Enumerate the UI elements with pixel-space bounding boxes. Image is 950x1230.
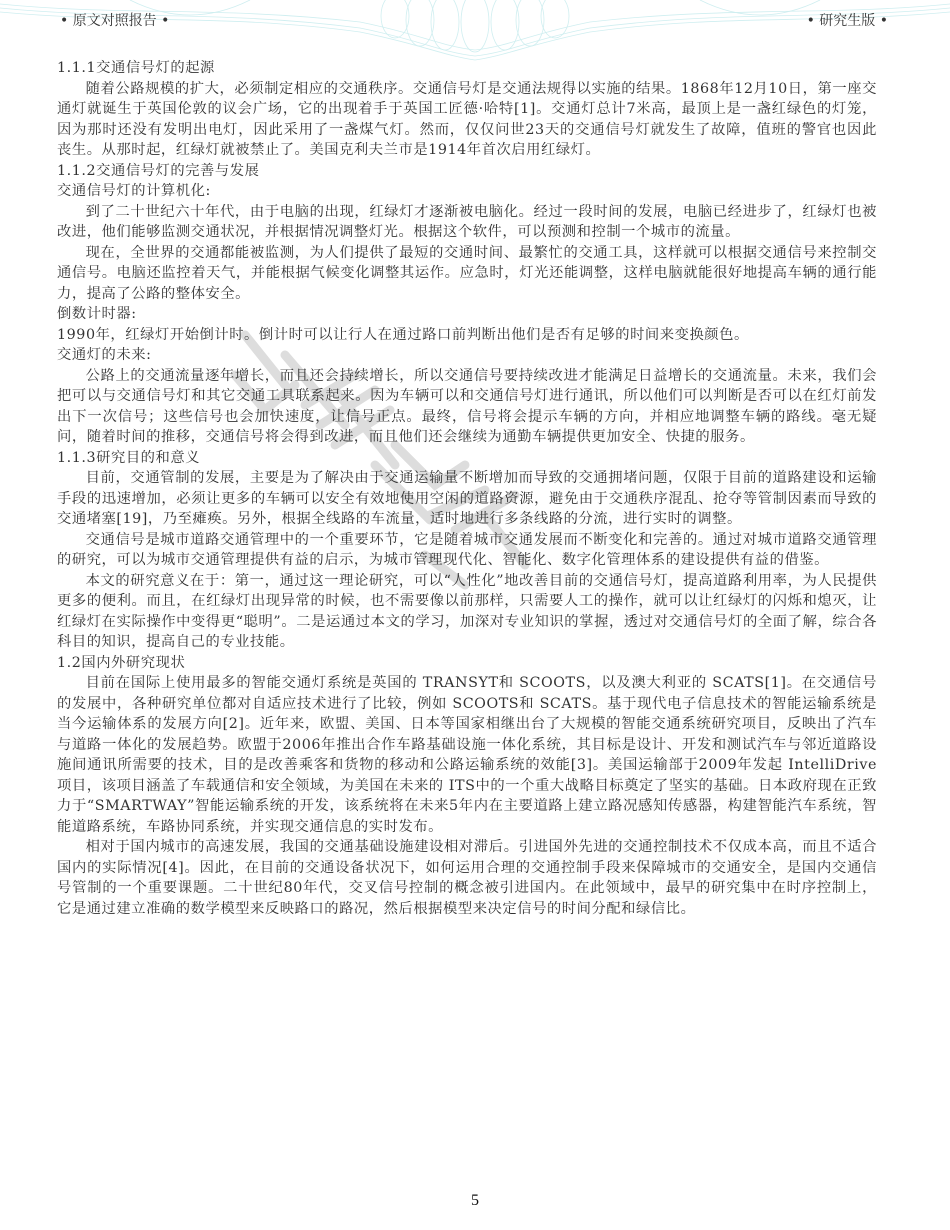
paragraph: 随着公路规模的扩大，必须制定相应的交通秩序。交通信号灯是交通法规得以实施的结果。… (57, 79, 877, 161)
paragraph: 公路上的交通流量逐年增长，而且还会持续增长，所以交通信号要持续改进才能满足日益增… (57, 366, 877, 448)
paragraph: 现在，全世界的交通都能被监测，为人们提供了最短的交通时间、最繁忙的交通工具，这样… (57, 243, 877, 305)
paragraph-countdown: 1990年，红绿灯开始倒计时。倒计时可以让行人在通过路口前判断出他们是否有足够的… (57, 325, 877, 346)
document-body: 1.1.1交通信号灯的起源 随着公路规模的扩大，必须制定相应的交通秩序。交通信号… (57, 58, 877, 919)
header-report-title: • 原文对照报告 • (60, 10, 169, 30)
paragraph: 相对于国内城市的高速发展，我国的交通基础设施建设相对滞后。引进国外先进的交通控制… (57, 837, 877, 919)
subheading-future: 交通灯的未来: (57, 345, 877, 366)
page-header: • 原文对照报告 • • 研究生版 • (0, 10, 950, 32)
header-edition-label: • 研究生版 • (807, 10, 888, 30)
page-number: 5 (0, 1192, 950, 1210)
subheading-computerization: 交通信号灯的计算机化: (57, 181, 877, 202)
paragraph: 本文的研究意义在于：第一，通过这一理论研究，可以“人性化”地改善目前的交通信号灯… (57, 571, 877, 653)
paragraph: 到了二十世纪六十年代，由于电脑的出现，红绿灯才逐渐被电脑化。经过一段时间的发展，… (57, 202, 877, 243)
section-heading-1-1-3: 1.1.3研究目的和意义 (57, 448, 877, 469)
section-heading-1-1-2: 1.1.2交通信号灯的完善与发展 (57, 161, 877, 182)
subheading-countdown-timer: 倒数计时器: (57, 304, 877, 325)
section-heading-1-1-1: 1.1.1交通信号灯的起源 (57, 58, 877, 79)
section-heading-1-2: 1.2国内外研究现状 (57, 653, 877, 674)
paragraph: 交通信号是城市道路交通管理中的一个重要环节，它是随着城市交通发展而不断变化和完善… (57, 530, 877, 571)
paragraph: 目前，交通管制的发展，主要是为了解决由于交通运输量不断增加而导致的交通拥堵问题，… (57, 468, 877, 530)
paragraph: 目前在国际上使用最多的智能交通灯系统是英国的 TRANSYT和 SCOOTS，以… (57, 673, 877, 837)
